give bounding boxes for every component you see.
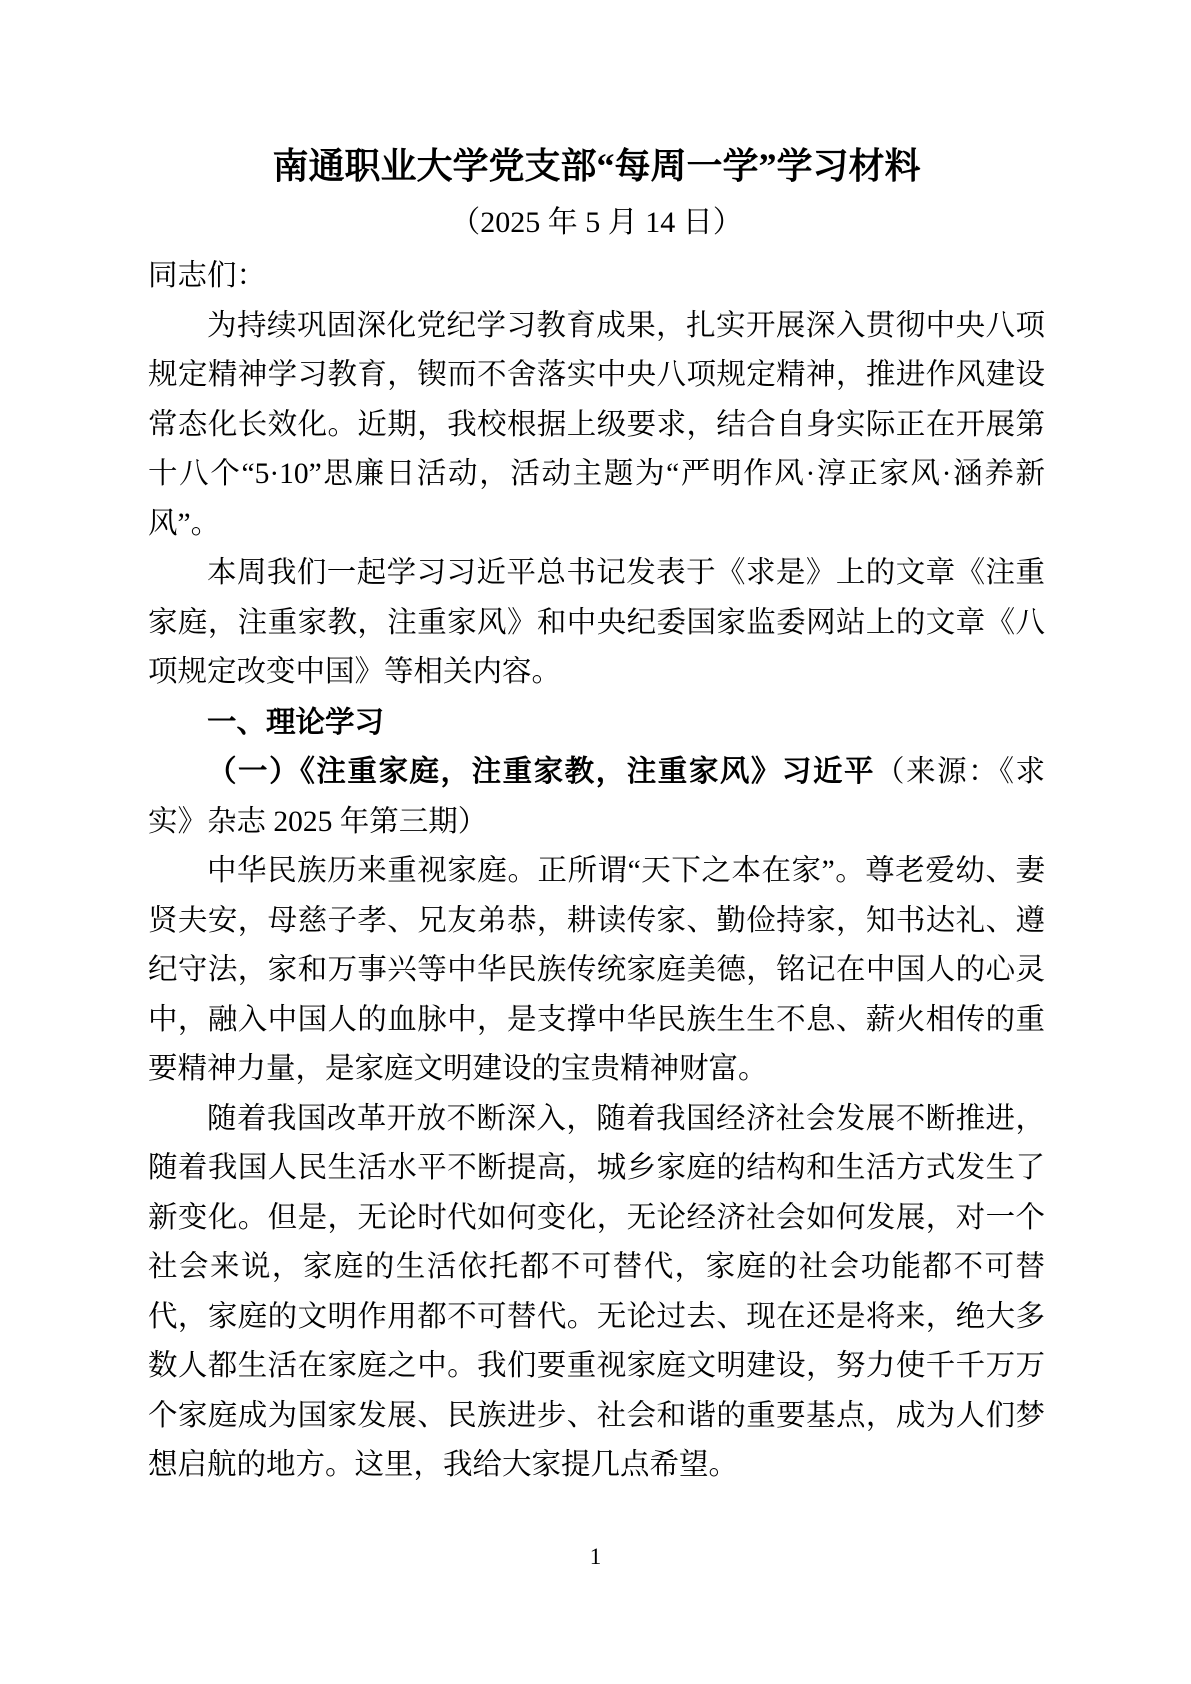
document-body: 同志们： 为持续巩固深化党纪学习教育成果，扎实开展深入贯彻中央八项规定精神学习教… — [148, 252, 1045, 1491]
document-title: 南通职业大学党支部“每周一学”学习材料 — [148, 138, 1045, 194]
page-number: 1 — [0, 1542, 1191, 1572]
subsection-heading-title: （一）《注重家庭，注重家教，注重家风》习近平 — [207, 755, 875, 788]
body-paragraph-2: 随着我国改革开放不断深入，随着我国经济社会发展不断推进，随着我国人民生活水平不断… — [148, 1095, 1045, 1491]
intro-paragraph-1: 为持续巩固深化党纪学习教育成果，扎实开展深入贯彻中央八项规定精神学习教育，锲而不… — [148, 302, 1045, 550]
intro-paragraph-2: 本周我们一起学习习近平总书记发表于《求是》上的文章《注重家庭，注重家教，注重家风… — [148, 549, 1045, 698]
section-heading-theory-study: 一、理论学习 — [148, 698, 1045, 748]
salutation: 同志们： — [148, 252, 1045, 302]
body-paragraph-1: 中华民族历来重视家庭。正所谓“天下之本在家”。尊老爱幼、妻贤夫安，母慈子孝、兄友… — [148, 847, 1045, 1095]
document-page: 南通职业大学党支部“每周一学”学习材料 （2025 年 5 月 14 日） 同志… — [0, 0, 1191, 1684]
document-date: （2025 年 5 月 14 日） — [148, 194, 1045, 252]
subsection-heading: （一）《注重家庭，注重家教，注重家风》习近平（来源：《求实》杂志 2025 年第… — [148, 747, 1045, 847]
